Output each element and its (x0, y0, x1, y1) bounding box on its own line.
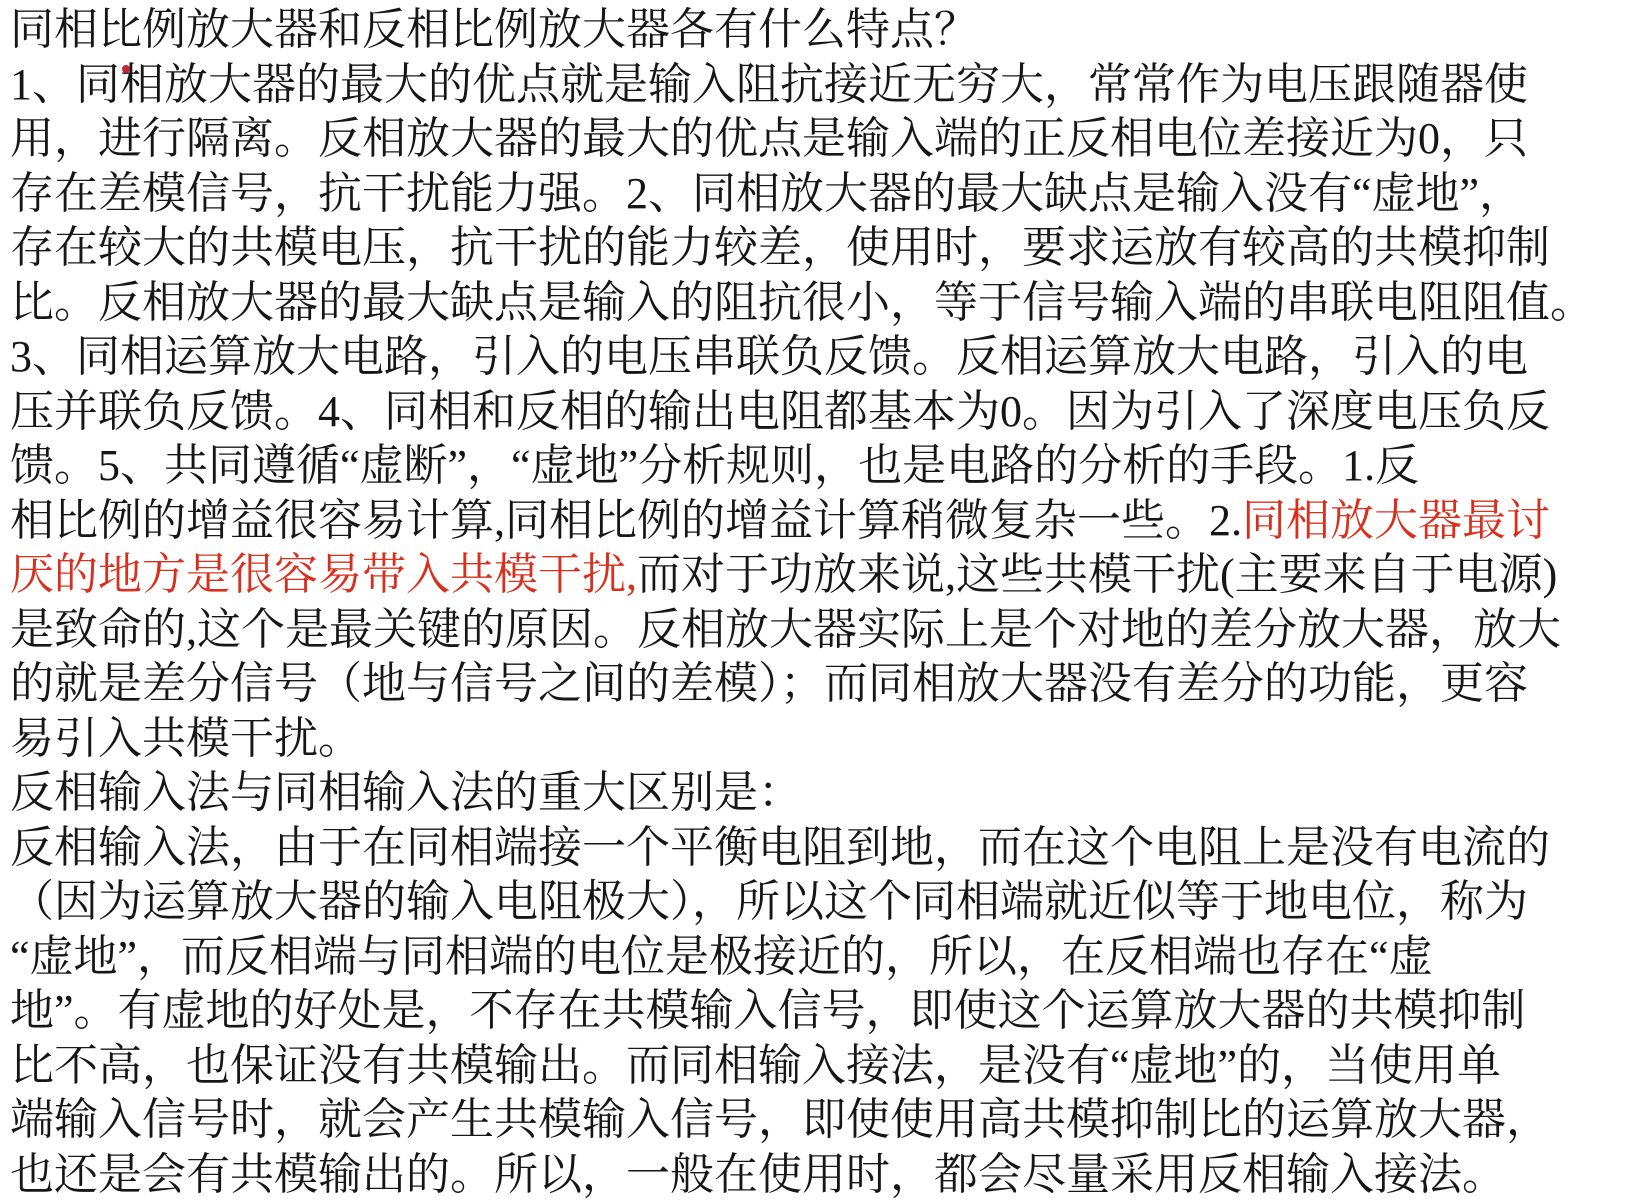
text-line: （因为运算放大器的输入电阻极大），所以这个同相端就近似等于地电位，称为 (10, 875, 1631, 930)
text-segment: “虚地”，而反相端与同相端的电位是极接近的，所以，在反相端也存在“虚 (10, 932, 1433, 981)
text-segment: 用，进行隔离。反相放大器的最大的优点是输入端的正反相电位差接近为0，只 (10, 114, 1528, 163)
text-line: 也还是会有共模输出的。所以，一般在使用时，都会尽量采用反相输入接法。 (10, 1148, 1631, 1203)
text-line: 比。反相放大器的最大缺点是输入的阻抗很小，等于信号输入端的串联电阻阻值。 (10, 276, 1631, 331)
text-line: 相比例的增益很容易计算,同相比例的增益计算稍微复杂一些。2.同相放大器最讨 (10, 494, 1631, 549)
text-line: 端输入信号时，就会产生共模输入信号，即使使用高共模抑制比的运算放大器， (10, 1093, 1631, 1148)
text-segment: 存在差模信号，抗干扰能力强。2、同相放大器的最大缺点是输入没有“虚地”， (10, 169, 1523, 218)
text-segment: 1、同相放大器的最大的优点就是输入阻抗接近无穷大，常常作为电压跟随器使 (10, 60, 1528, 109)
text-segment: 而对于功放来说,这些共模干扰(主要来自于电源) (637, 550, 1557, 599)
text-line: 厌的地方是很容易带入共模干扰,而对于功放来说,这些共模干扰(主要来自于电源) (10, 548, 1631, 603)
text-segment: 3、同相运算放大电路，引入的电压串联负反馈。反相运算放大电路，引入的电 (10, 332, 1528, 381)
text-line: 地”。有虚地的好处是，不存在共模输入信号，即使这个运算放大器的共模抑制 (10, 984, 1631, 1039)
text-line: 反相输入法，由于在同相端接一个平衡电阻到地，而在这个电阻上是没有电流的 (10, 821, 1631, 876)
red-annotation-dot (122, 65, 130, 73)
text-segment: 相比例的增益很容易计算,同相比例的增益计算稍微复杂一些。2. (10, 496, 1242, 545)
text-line: 3、同相运算放大电路，引入的电压串联负反馈。反相运算放大电路，引入的电 (10, 330, 1631, 385)
text-line: 易引入共模干扰。 (10, 712, 1631, 767)
text-segment: 端输入信号时，就会产生共模输入信号，即使使用高共模抑制比的运算放大器， (10, 1095, 1550, 1144)
text-segment: 比。反相放大器的最大缺点是输入的阻抗很小，等于信号输入端的串联电阻阻值。 (10, 278, 1594, 327)
highlighted-text: 同相放大器最讨 (1242, 496, 1550, 545)
text-line: 是致命的,这个是最关键的原因。反相放大器实际上是个对地的差分放大器，放大 (10, 603, 1631, 658)
text-segment: 比不高，也保证没有共模输出。而同相输入接法，是没有“虚地”的，当使用单 (10, 1041, 1501, 1090)
text-line: 比不高，也保证没有共模输出。而同相输入接法，是没有“虚地”的，当使用单 (10, 1039, 1631, 1094)
text-line: 存在较大的共模电压，抗干扰的能力较差，使用时，要求运放有较高的共模抑制 (10, 221, 1631, 276)
highlighted-text: 厌的地方是很容易带入共模干扰, (10, 550, 637, 599)
document-text: 同相比例放大器和反相比例放大器各有什么特点？1、同相放大器的最大的优点就是输入阻… (10, 3, 1631, 1202)
text-line: 压并联负反馈。4、同相和反相的输出电阻都基本为0。因为引入了深度电压负反 (10, 385, 1631, 440)
text-line: 的就是差分信号（地与信号之间的差模）；而同相放大器没有差分的功能，更容 (10, 657, 1631, 712)
text-line: 用，进行隔离。反相放大器的最大的优点是输入端的正反相电位差接近为0，只 (10, 112, 1631, 167)
document-page: 同相比例放大器和反相比例放大器各有什么特点？1、同相放大器的最大的优点就是输入阻… (0, 0, 1637, 1203)
text-segment: 压并联负反馈。4、同相和反相的输出电阻都基本为0。因为引入了深度电压负反 (10, 387, 1550, 436)
text-line: 存在差模信号，抗干扰能力强。2、同相放大器的最大缺点是输入没有“虚地”， (10, 167, 1631, 222)
text-segment: 馈。5、共同遵循“虚断”，“虚地”分析规则，也是电路的分析的手段。1.反 (10, 441, 1419, 490)
text-segment: 反相输入法，由于在同相端接一个平衡电阻到地，而在这个电阻上是没有电流的 (10, 823, 1550, 872)
text-segment: 也还是会有共模输出的。所以，一般在使用时，都会尽量采用反相输入接法。 (10, 1150, 1506, 1199)
text-line: 同相比例放大器和反相比例放大器各有什么特点？ (10, 3, 1631, 58)
text-segment: 反相输入法与同相输入法的重大区别是： (10, 768, 802, 817)
text-line: 1、同相放大器的最大的优点就是输入阻抗接近无穷大，常常作为电压跟随器使 (10, 58, 1631, 113)
text-segment: 地”。有虚地的好处是，不存在共模输入信号，即使这个运算放大器的共模抑制 (10, 986, 1526, 1035)
text-segment: 是致命的,这个是最关键的原因。反相放大器实际上是个对地的差分放大器，放大 (10, 605, 1561, 654)
text-segment: 的就是差分信号（地与信号之间的差模）；而同相放大器没有差分的功能，更容 (10, 659, 1528, 708)
text-segment: 存在较大的共模电压，抗干扰的能力较差，使用时，要求运放有较高的共模抑制 (10, 223, 1550, 272)
text-segment: 同相比例放大器和反相比例放大器各有什么特点？ (10, 5, 978, 54)
text-segment: 易引入共模干扰。 (10, 714, 362, 763)
text-line: “虚地”，而反相端与同相端的电位是极接近的，所以，在反相端也存在“虚 (10, 930, 1631, 985)
text-segment: （因为运算放大器的输入电阻极大），所以这个同相端就近似等于地电位，称为 (10, 877, 1528, 926)
text-line: 馈。5、共同遵循“虚断”，“虚地”分析规则，也是电路的分析的手段。1.反 (10, 439, 1631, 494)
text-line: 反相输入法与同相输入法的重大区别是： (10, 766, 1631, 821)
